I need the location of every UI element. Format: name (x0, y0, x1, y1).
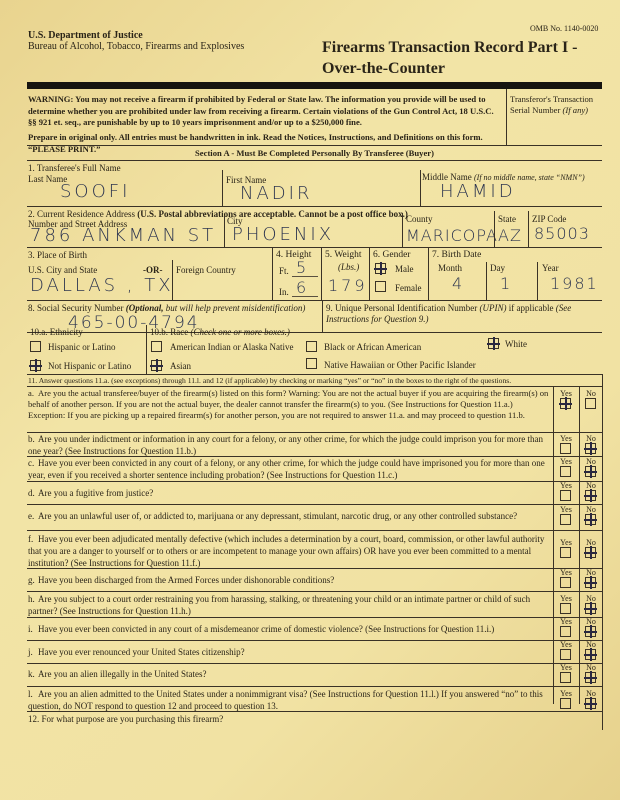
footer-layer: 12. For what purpose are you purchasing … (0, 0, 620, 800)
q12-label: 12. For what purpose are you purchasing … (28, 714, 223, 724)
